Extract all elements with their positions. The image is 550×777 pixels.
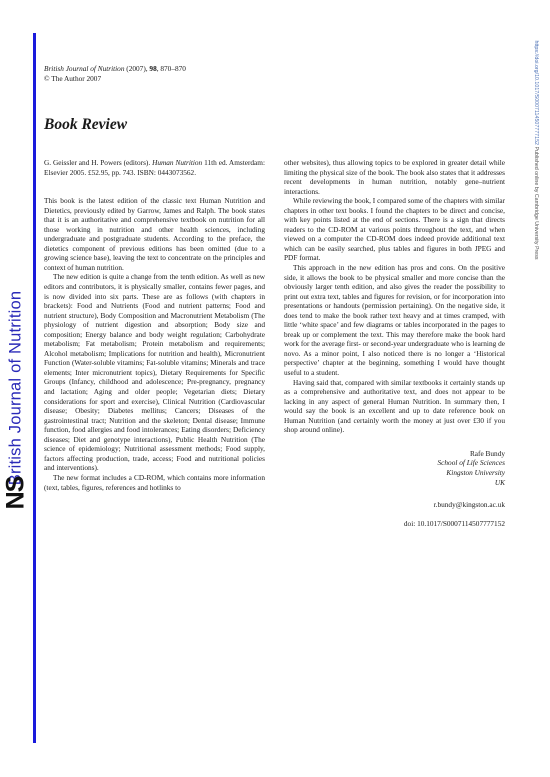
reviewer-department: School of Life Sciences (284, 458, 505, 468)
reviewer-country: UK (284, 478, 505, 488)
book-citation: G. Geissler and H. Powers (editors). Hum… (44, 158, 265, 177)
journal-name-vertical: British Journal of Nutrition (7, 291, 26, 486)
left-column: G. Geissler and H. Powers (editors). Hum… (44, 158, 265, 492)
journal-side-logo: British Journal of Nutrition NS (3, 250, 29, 518)
journal-accent-bar (33, 33, 36, 743)
reviewer-institution: Kingston University (284, 468, 505, 478)
journal-header: British Journal of Nutrition (2007), 98,… (44, 64, 186, 84)
citation-book-title: Human Nutrition (152, 158, 202, 167)
page-title: Book Review (44, 116, 127, 134)
header-year: (2007), (124, 64, 149, 73)
header-pages: , 870–870 (157, 64, 186, 73)
citation-authors: G. Geissler and H. Powers (editors). (44, 158, 152, 167)
ns-logo: NS (2, 477, 31, 510)
publisher-strip: https://doi.org/10.1017/S000711450777715… (533, 41, 539, 260)
paragraph: While reviewing the book, I compared som… (284, 196, 505, 263)
paragraph: The new edition is quite a change from t… (44, 272, 265, 472)
right-column: other websites), thus allowing topics to… (284, 158, 505, 528)
citation-line: British Journal of Nutrition (2007), 98,… (44, 64, 186, 74)
header-volume: 98 (149, 64, 156, 73)
reviewer-name: Rafe Bundy (284, 449, 505, 459)
paragraph: other websites), thus allowing topics to… (284, 158, 505, 196)
copyright-line: © The Author 2007 (44, 74, 186, 84)
paragraph: This approach in the new edition has pro… (284, 263, 505, 378)
doi-link[interactable]: https://doi.org/10.1017/S000711450777715… (533, 41, 539, 145)
paragraph: This book is the latest edition of the c… (44, 196, 265, 272)
paragraph: Having said that, compared with similar … (284, 378, 505, 435)
article-doi[interactable]: doi: 10.1017/S0007114507777152 (284, 519, 505, 529)
reviewer-signature: Rafe Bundy School of Life Sciences Kings… (284, 449, 505, 528)
reviewer-email[interactable]: r.bundy@kingston.ac.uk (284, 500, 505, 510)
paragraph: The new format includes a CD-ROM, which … (44, 473, 265, 492)
header-journal: British Journal of Nutrition (44, 64, 124, 73)
publisher-note: Published online by Cambridge University… (533, 145, 539, 260)
